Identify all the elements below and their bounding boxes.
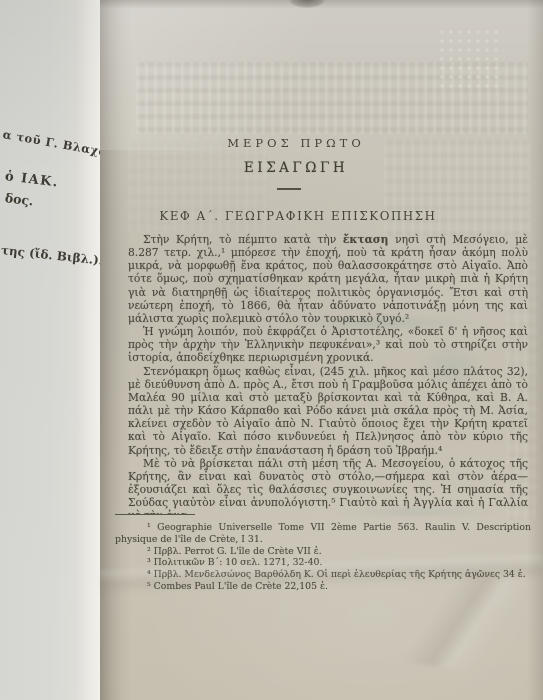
emphasized-word: ἔκταση — [343, 233, 389, 246]
body-paragraph: Ἡ γνώμη λοιπόν, ποὺ ἐκφράζει ὁ Ἀριστοτέλ… — [128, 325, 528, 364]
footnote: ¹ Geographie Universelle Tome VII 2ème P… — [115, 522, 531, 546]
body-text-block: Στὴν Κρήτη, τὸ πέμπτο κατὰ τὴν ἔκταση νη… — [128, 233, 528, 515]
book-photo: α τοῦ Γ. Βλαχογιάν ὁ ΙΑΚ. δος. της (ἴδ. … — [0, 0, 543, 700]
facing-page-strip: α τοῦ Γ. Βλαχογιάν ὁ ΙΑΚ. δος. της (ἴδ. … — [0, 0, 100, 700]
body-paragraph: Μὲ τὸ νὰ βρίσκεται πάλι στὴ μέση τῆς Α. … — [128, 457, 528, 515]
facing-page-text-fragment: δος. — [4, 190, 34, 208]
divider-rule — [277, 188, 301, 190]
facing-page-text-fragment: ὁ ΙΑΚ. — [4, 169, 60, 190]
facing-page-text-fragment: α τοῦ Γ. Βλαχογιάν — [2, 127, 100, 165]
body-paragraph: Στὴν Κρήτη, τὸ πέμπτο κατὰ τὴν ἔκταση νη… — [128, 233, 528, 325]
footnote-separator-rule — [115, 514, 195, 515]
paragraph-text: Στὴν Κρήτη, τὸ πέμπτο κατὰ τὴν — [143, 233, 343, 246]
chapter-heading: ΚΕΦ Α΄. ΓΕΩΓΡΑΦΙΚΗ ΕΠΙΣΚΟΠΗΣΗ — [128, 209, 468, 223]
paper-sheen — [100, 0, 410, 150]
intro-heading: ΕΙΣΑΓΩΓΗ — [128, 160, 464, 176]
footnote: ² Πρβλ. Perrot G. L'île de Crète VII ἑ. — [115, 546, 531, 558]
paragraph-text: νησὶ στὴ Μεσόγειο, μὲ 8.287 τετρ. χιλ.,¹… — [128, 233, 528, 325]
embossed-dots-texture — [440, 30, 504, 94]
body-paragraph: Στενόμακρη ὅμως καθὼς εἶναι, (245 χιλ. μ… — [128, 365, 528, 457]
part-heading: ΜΕΡΟΣ ΠΡΩΤΟ — [128, 136, 464, 150]
facing-page-text-fragment: της (ἴδ. Βιβλ.). — [0, 243, 100, 268]
